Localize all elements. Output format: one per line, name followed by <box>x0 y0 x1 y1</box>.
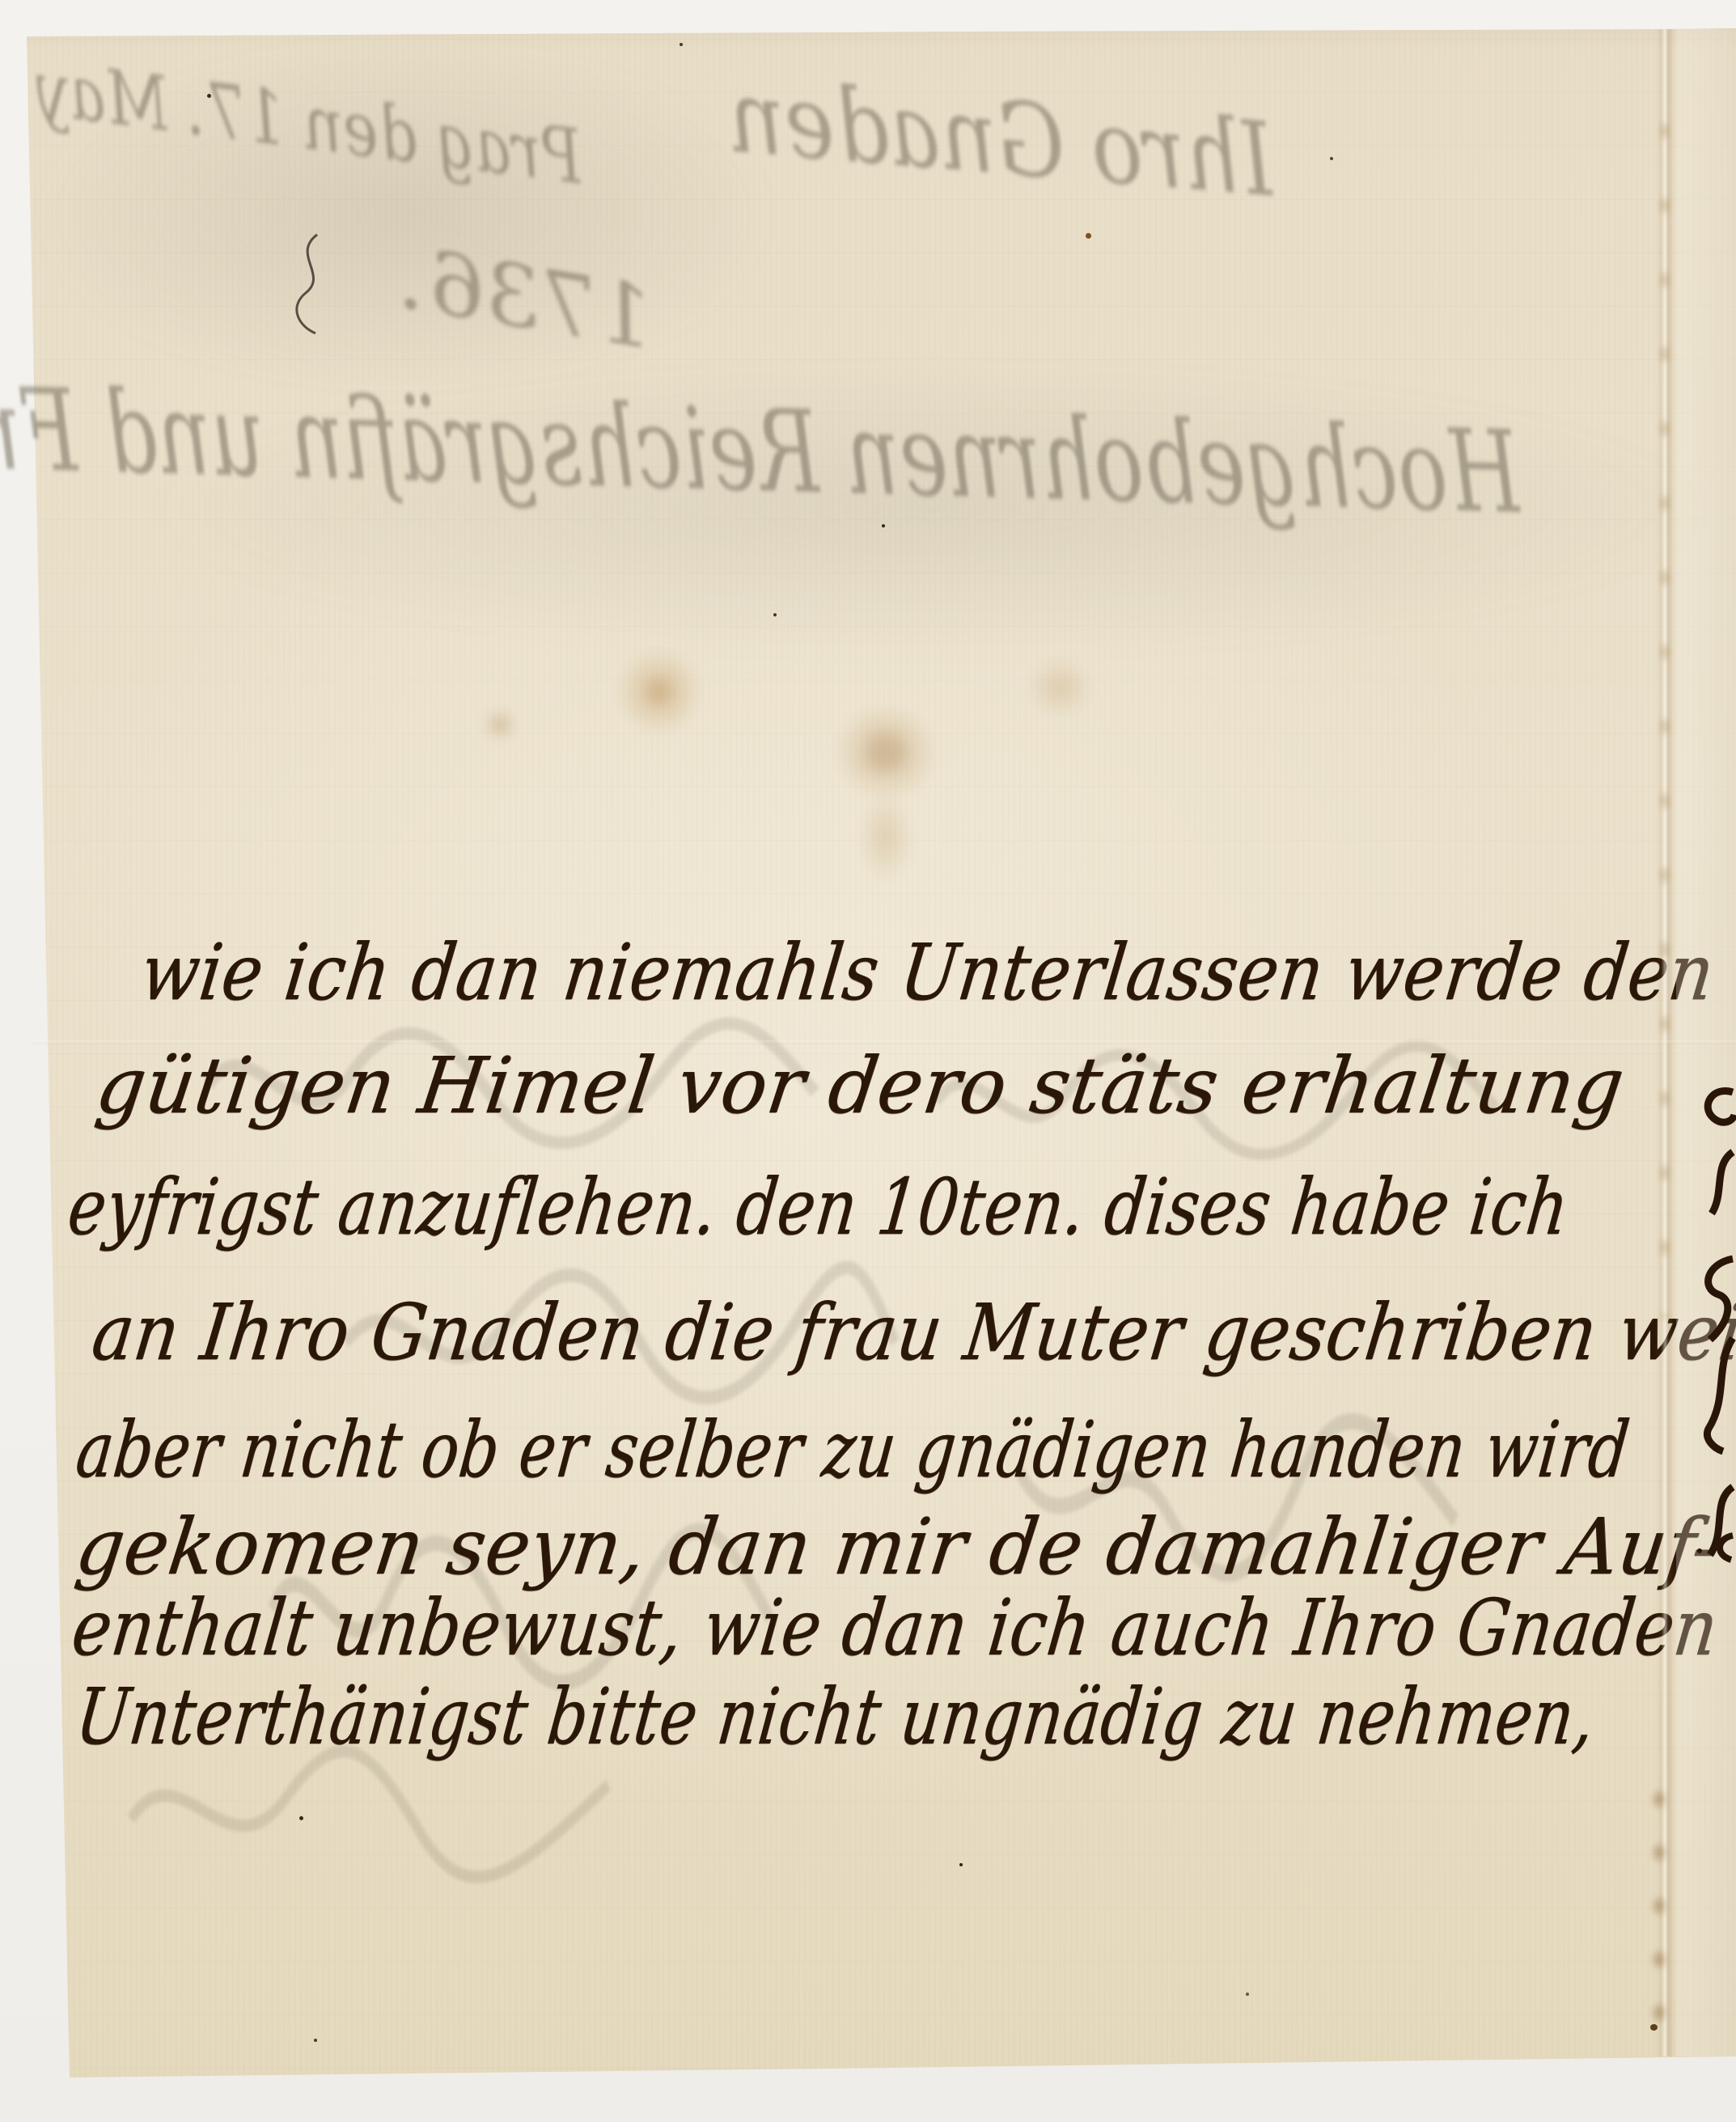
stain <box>477 702 523 748</box>
paper-speck <box>314 2039 317 2042</box>
paper-speck <box>680 43 683 46</box>
paper-speck <box>1330 157 1333 160</box>
paper-speck <box>1086 233 1091 239</box>
letter-line-1: wie ich dan niemahls Unterlassen werde d… <box>134 912 1721 1033</box>
ink-fragment <box>1696 1252 1736 1345</box>
paper-speck <box>1697 1548 1702 1553</box>
paper-speck <box>1246 1993 1249 1996</box>
paper-speck <box>959 1863 963 1866</box>
paper-speck <box>207 94 211 98</box>
stain <box>599 631 720 752</box>
ink-fragment <box>1697 1084 1736 1133</box>
letter-line-8: Unterthänigst bitte nicht ungnädig zu ne… <box>70 1656 1602 1777</box>
hair-fiber <box>282 231 335 337</box>
ink-fragment <box>1710 1531 1736 1563</box>
crease-stain <box>1641 1788 1678 2055</box>
horizontal-crease <box>32 1040 1736 1044</box>
paper-speck <box>882 524 885 527</box>
letter-line-3: eyfrigst anzuflehen. den 10ten. dises ha… <box>61 1146 1574 1268</box>
paper-speck <box>1650 2024 1658 2031</box>
letter-scan: Prag den 17. May 1736. Ihro Gnaden Hochg… <box>0 0 1736 2122</box>
paper-speck <box>299 1816 303 1820</box>
paper-speck <box>773 613 777 616</box>
stain <box>1015 647 1104 728</box>
letter-line-4: an Ihro Gnaden die frau Muter geschriben… <box>86 1272 1736 1393</box>
crease-stain <box>1649 121 1678 1319</box>
stain <box>849 777 922 898</box>
ink-fragment <box>1699 1333 1736 1455</box>
ink-fragment <box>1705 1149 1736 1218</box>
